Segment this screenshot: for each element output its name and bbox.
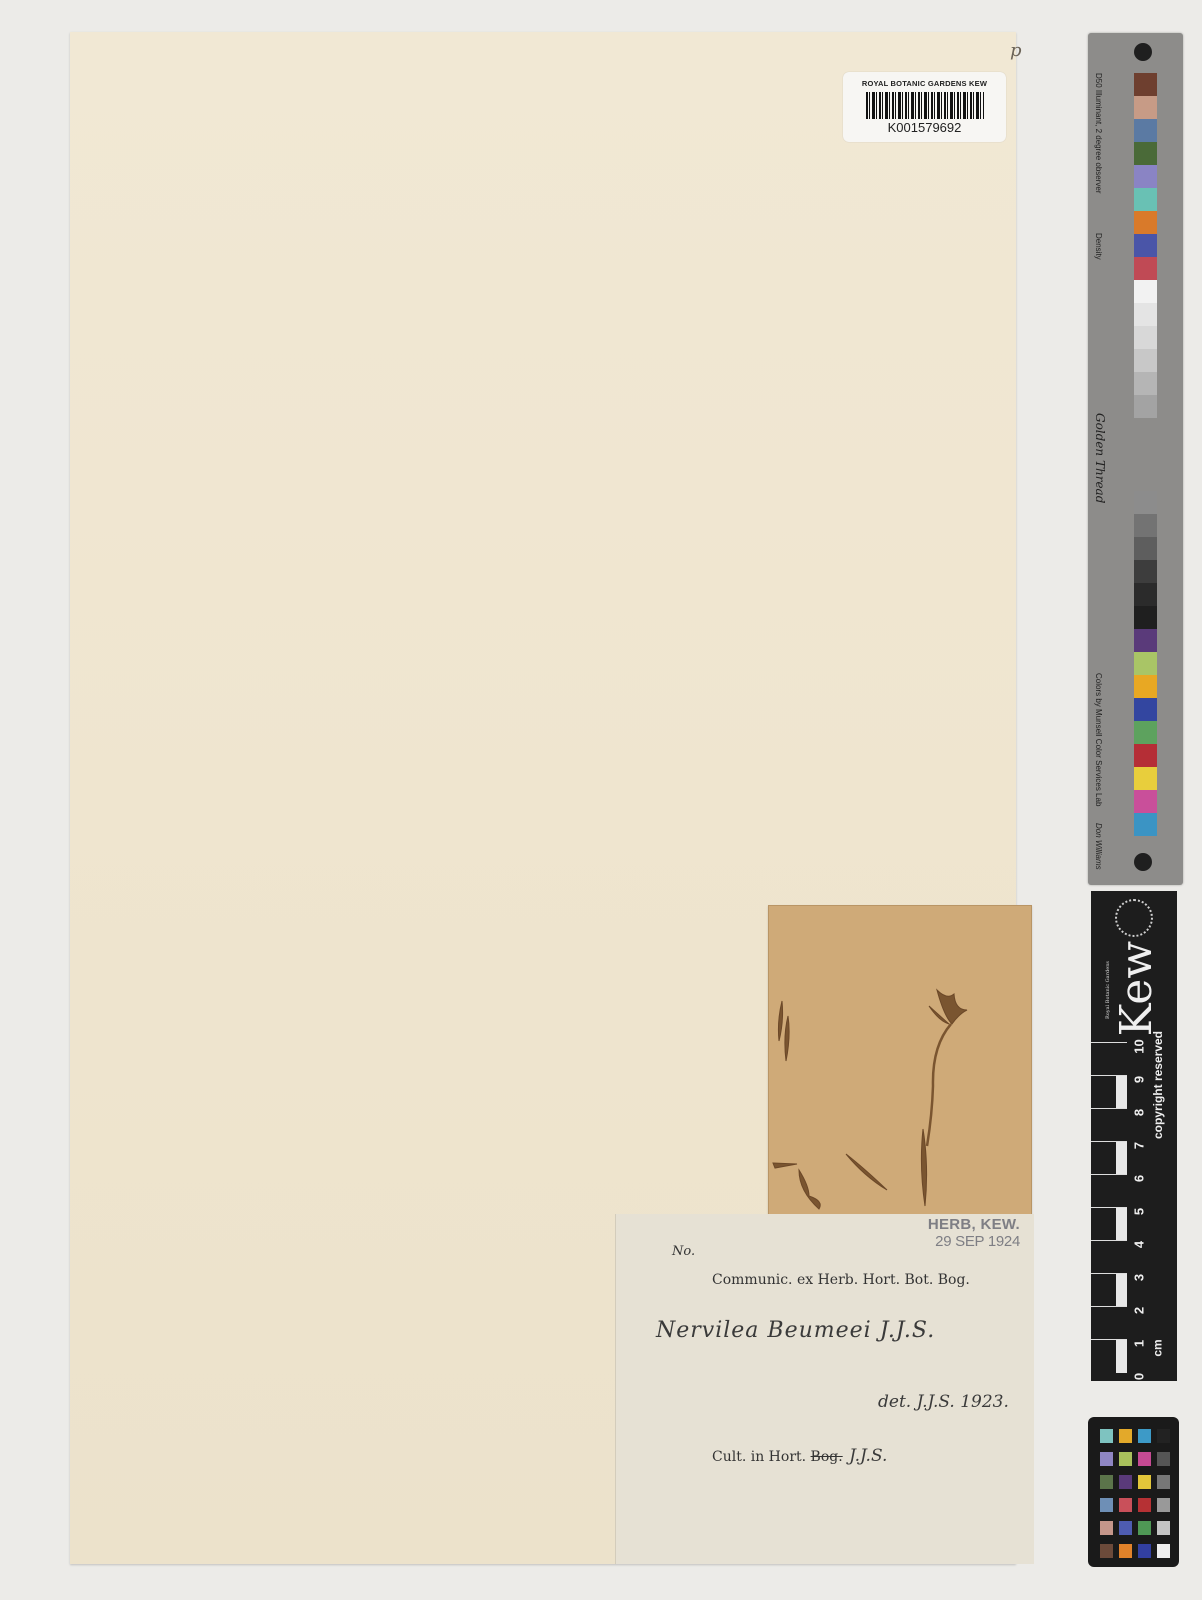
color-swatch: [1134, 326, 1157, 349]
cultivation-line: Cult. in Hort. Bog. J.J.S.: [712, 1446, 887, 1466]
color-swatch: [1134, 767, 1157, 790]
strip-illuminant-text: D50 Illuminant, 2 degree observer: [1094, 73, 1103, 194]
label-communic: Communic. ex Herb. Hort. Bot. Bog.: [712, 1272, 970, 1288]
color-swatch: [1134, 188, 1157, 211]
stamp-herb-kew: HERB, KEW.: [928, 1216, 1020, 1233]
ruler-segment: [1091, 1141, 1127, 1175]
color-swatch: [1134, 349, 1157, 372]
ruler-number: 1: [1132, 1334, 1147, 1354]
royal-crest-icon: [1115, 899, 1153, 937]
ruler-segment: [1091, 1306, 1127, 1340]
color-card-cell: [1100, 1498, 1113, 1512]
ruler-segment: [1091, 1207, 1127, 1241]
color-card-cell: [1119, 1429, 1132, 1443]
color-swatch: [1134, 514, 1157, 537]
ruler-number: 4: [1132, 1235, 1147, 1255]
color-swatch: [1134, 790, 1157, 813]
color-card-cell: [1138, 1475, 1151, 1489]
stamp-date: 29 SEP 1924: [928, 1233, 1020, 1250]
color-swatch: [1134, 652, 1157, 675]
ruler-segment: [1091, 1273, 1127, 1307]
kew-subtitle: Royal Botanic Gardens: [1105, 961, 1111, 1019]
color-card-cell: [1157, 1498, 1170, 1512]
color-swatch: [1134, 119, 1157, 142]
strip-munsell-text: Colors by Munsell Color Services Lab: [1094, 673, 1103, 806]
color-card-cell: [1138, 1498, 1151, 1512]
ruler-number: 2: [1132, 1301, 1147, 1321]
label-number-field: No.: [672, 1244, 695, 1259]
color-swatch: [1134, 560, 1157, 583]
cult-prefix: Cult. in Hort.: [712, 1449, 806, 1465]
barcode-icon: [866, 92, 984, 119]
ruler-number: 8: [1132, 1103, 1147, 1123]
strip-brand-script: Golden Thread: [1093, 413, 1107, 503]
cult-struck-text: Bog.: [811, 1449, 843, 1465]
color-card-cell: [1138, 1452, 1151, 1466]
strip-signature: Don Williams: [1094, 823, 1103, 870]
color-card-cell: [1100, 1452, 1113, 1466]
ruler-number: 3: [1132, 1268, 1147, 1288]
strip-density-label: Density: [1094, 233, 1103, 260]
color-swatch: [1134, 813, 1157, 836]
species-name-handwritten: Nervilea Beumeei J.J.S.: [656, 1318, 935, 1343]
barcode-number: K001579692: [843, 120, 1006, 135]
color-card-cell: [1100, 1544, 1113, 1558]
color-swatch: [1134, 257, 1157, 280]
ruler-number: 6: [1132, 1169, 1147, 1189]
ruler-number: 9: [1132, 1070, 1147, 1090]
determination-handwritten: det. J.J.S. 1923.: [878, 1392, 1009, 1412]
color-swatch: [1134, 491, 1157, 514]
color-card-cell: [1100, 1521, 1113, 1535]
color-card-cell: [1138, 1429, 1151, 1443]
cm-ruler: [1091, 1042, 1127, 1372]
color-swatch: [1134, 73, 1157, 96]
color-swatch: [1134, 211, 1157, 234]
color-swatch: [1134, 537, 1157, 560]
color-card-cell: [1119, 1544, 1132, 1558]
plant-specimen-icon: [769, 906, 1031, 1214]
cm-unit-label: cm: [1151, 1339, 1165, 1356]
ruler-segment: [1091, 1075, 1127, 1109]
color-calibration-strip: D50 Illuminant, 2 degree observer Densit…: [1088, 33, 1183, 885]
ruler-number: 7: [1132, 1136, 1147, 1156]
ruler-segment: [1091, 1240, 1127, 1274]
color-swatch: [1134, 395, 1157, 418]
kew-scale-bar: Kew Royal Botanic Gardens copyright rese…: [1091, 891, 1177, 1381]
color-card-cell: [1138, 1544, 1151, 1558]
barcode-label: ROYAL BOTANIC GARDENS KEW K001579692: [843, 72, 1006, 142]
color-swatch: [1134, 165, 1157, 188]
color-swatch: [1134, 698, 1157, 721]
ruler-segment: [1091, 1339, 1127, 1373]
herbarium-stamp: HERB, KEW. 29 SEP 1924: [928, 1216, 1020, 1250]
color-card-cell: [1119, 1452, 1132, 1466]
ruler-segment: [1091, 1174, 1127, 1208]
color-swatch: [1134, 721, 1157, 744]
cult-initials: J.J.S.: [849, 1446, 887, 1466]
color-swatch: [1134, 280, 1157, 303]
color-swatch: [1134, 96, 1157, 119]
ruler-number: 5: [1132, 1202, 1147, 1222]
ruler-number: 0: [1132, 1367, 1147, 1387]
color-swatch: [1134, 234, 1157, 257]
corner-pencil-mark: p: [1010, 40, 1022, 61]
color-card-cell: [1157, 1544, 1170, 1558]
specimen-label: HERB, KEW. 29 SEP 1924 No. Communic. ex …: [615, 1214, 1034, 1564]
color-swatch: [1134, 142, 1157, 165]
ruler-number: 10: [1132, 1037, 1147, 1057]
strip-hole-bottom: [1134, 853, 1152, 871]
barcode-organization: ROYAL BOTANIC GARDENS KEW: [843, 79, 1006, 88]
color-card-cell: [1157, 1521, 1170, 1535]
ruler-segment: [1091, 1042, 1127, 1076]
copyright-text: copyright reserved: [1151, 1031, 1165, 1139]
color-card-cell: [1119, 1498, 1132, 1512]
color-card-cell: [1100, 1429, 1113, 1443]
color-card-cell: [1157, 1475, 1170, 1489]
color-swatch: [1134, 675, 1157, 698]
specimen-packet: [768, 905, 1032, 1215]
color-swatch: [1134, 744, 1157, 767]
color-swatch: [1134, 583, 1157, 606]
kew-logo: Kew: [1111, 941, 1162, 1036]
color-card-cell: [1119, 1475, 1132, 1489]
color-card-cell: [1138, 1521, 1151, 1535]
color-card-cell: [1100, 1475, 1113, 1489]
color-swatch: [1134, 606, 1157, 629]
color-swatch: [1134, 629, 1157, 652]
color-swatch: [1134, 303, 1157, 326]
color-swatch: [1134, 372, 1157, 395]
ruler-segment: [1091, 1108, 1127, 1142]
color-card-cell: [1157, 1429, 1170, 1443]
color-card-cell: [1157, 1452, 1170, 1466]
color-checker-card: [1088, 1417, 1179, 1567]
strip-hole-top: [1134, 43, 1152, 61]
color-card-cell: [1119, 1521, 1132, 1535]
